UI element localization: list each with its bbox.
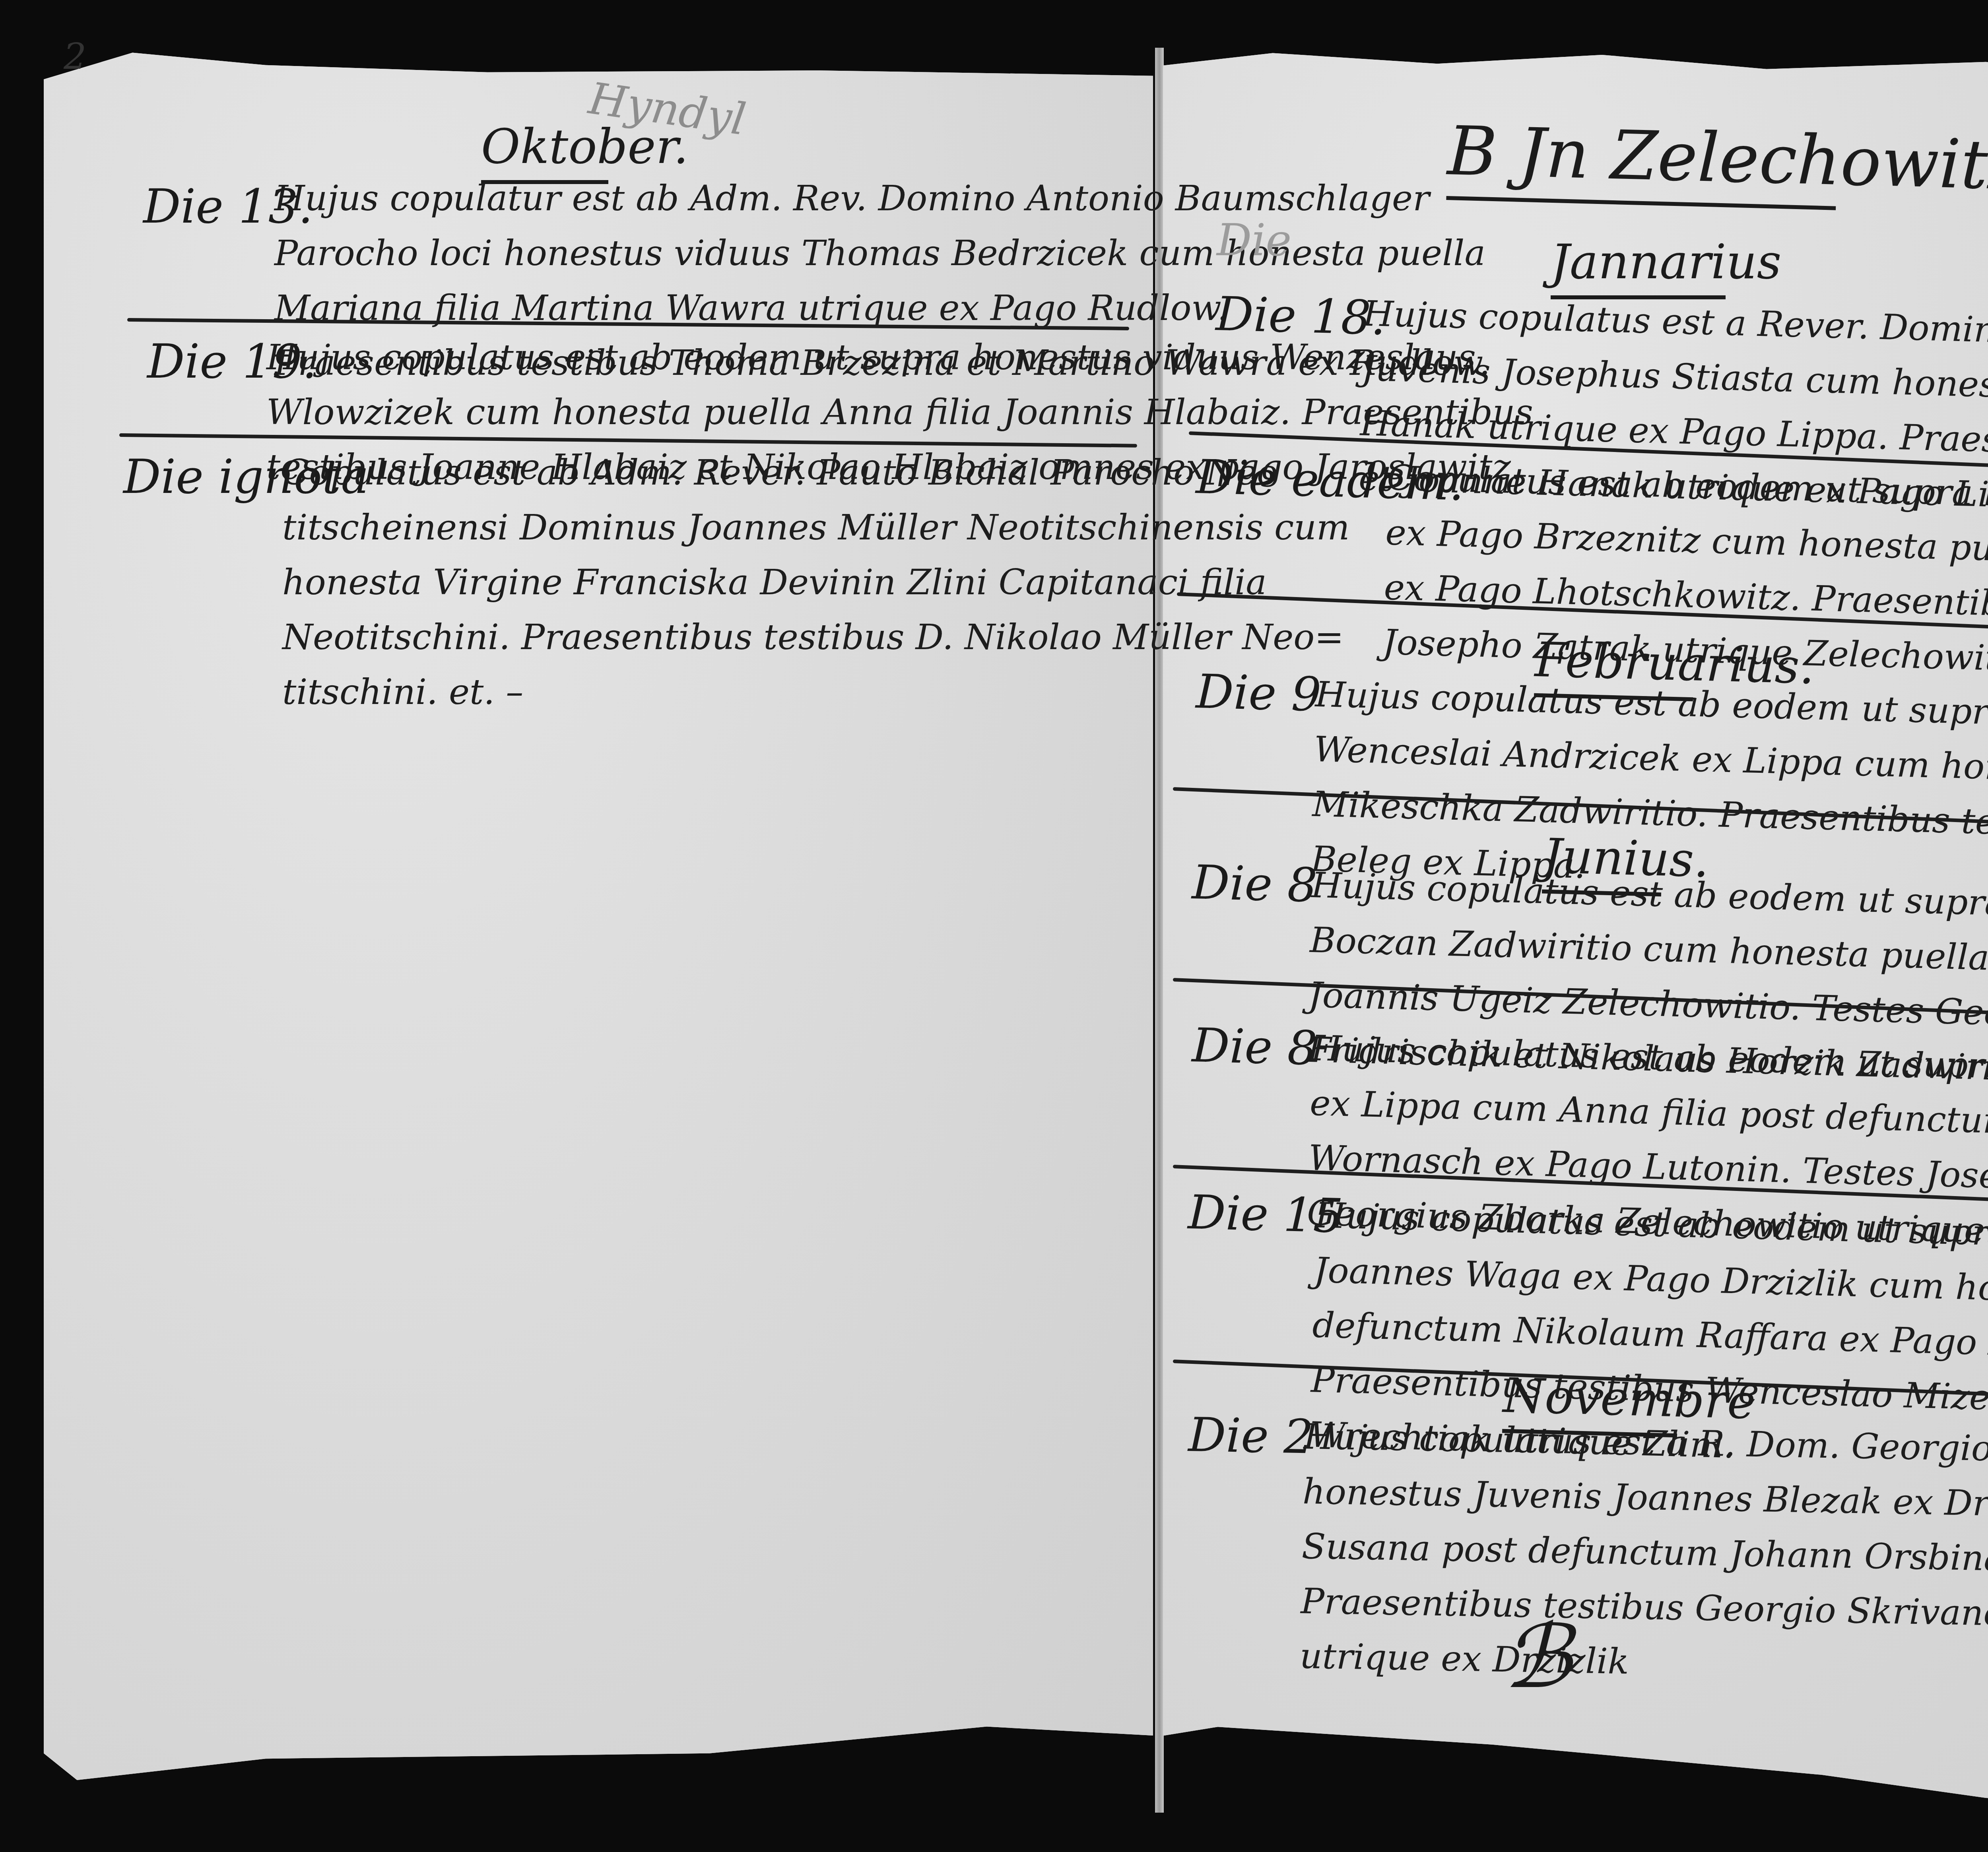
month-heading-jannarius: Jannarius bbox=[1551, 235, 1781, 299]
left-page-number: 2 bbox=[64, 36, 86, 78]
closing-flourish-icon: ℬ bbox=[1503, 1606, 1572, 1708]
entry-day: Die 18. bbox=[1215, 286, 1386, 345]
ghost-text: Die bbox=[1217, 215, 1291, 266]
entry-day: Die 2 bbox=[1188, 1407, 1314, 1464]
entry-day: Die 8 bbox=[1191, 855, 1318, 913]
entry-day: Die 9 bbox=[1195, 664, 1322, 722]
entry-day: Die 8 bbox=[1191, 1018, 1318, 1076]
page-title: B Jn Zelechowitz bbox=[1446, 112, 1988, 215]
entry-text: Hujus copulatus est a R. Dom. Georgio Cz… bbox=[1299, 1409, 1988, 1703]
entry-text: Copulatus est ab Adm. Rever. Pauto Bicha… bbox=[282, 445, 1349, 719]
